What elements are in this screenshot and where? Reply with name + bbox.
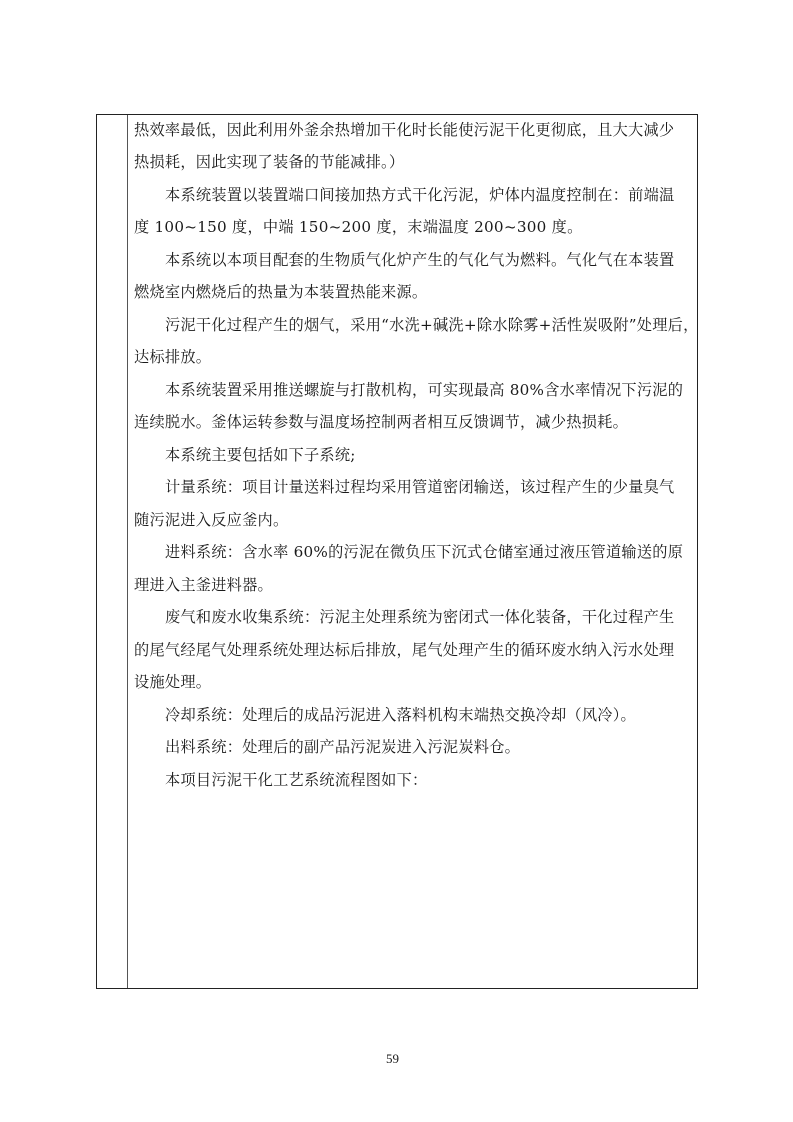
- paragraph-line: 热损耗，因此实现了装备的节能减排。）: [134, 151, 404, 172]
- paragraph-line: 设施处理。: [134, 671, 211, 692]
- paragraph-line: 出料系统：处理后的副产品污泥炭进入污泥炭料仓。: [165, 736, 520, 757]
- paragraph-line: 连续脱水。釜体运转参数与温度场控制两者相互反馈调节，减少热损耗。: [134, 411, 628, 432]
- paragraph-line: 随污泥进入反应釜内。: [134, 509, 288, 530]
- table-left-column: [97, 115, 128, 988]
- paragraph-line: 废气和废水收集系统：污泥主处理系统为密闭式一体化装备，干化过程产生: [165, 606, 674, 627]
- paragraph-line: 本项目污泥干化工艺系统流程图如下：: [165, 769, 427, 790]
- paragraph-line: 的尾气经尾气处理系统处理达标后排放，尾气处理产生的循环废水纳入污水处理: [134, 639, 674, 660]
- paragraph-line: 本系统装置以装置端口间接加热方式干化污泥，炉体内温度控制在：前端温: [165, 184, 674, 205]
- paragraph-line: 冷却系统：处理后的成品污泥进入落料机构末端热交换冷却（风冷）。: [165, 704, 636, 725]
- paragraph-line: 本系统以本项目配套的生物质气化炉产生的气化气为燃料。气化气在本装置: [165, 249, 674, 270]
- paragraph-line: 达标排放。: [134, 346, 211, 367]
- paragraph-line: 热效率最低，因此利用外釜余热增加干化时长能使污泥干化更彻底，且大大减少: [134, 119, 674, 140]
- paragraph-line: 本系统主要包括如下子系统;: [165, 444, 356, 465]
- paragraph-line: 理进入主釜进料器。: [134, 574, 273, 595]
- page-number: 59: [386, 1051, 399, 1067]
- paragraph-line: 计量系统：项目计量送料过程均采用管道密闭输送，该过程产生的少量臭气: [165, 476, 674, 497]
- paragraph-line: 度 100~150 度，中端 150~200 度，末端温度 200~300 度。: [134, 216, 583, 237]
- paragraph-line: 污泥干化过程产生的烟气，采用“水洗+碱洗+除水除雾+活性炭吸附”处理后，: [165, 314, 699, 335]
- content-table: 热效率最低，因此利用外釜余热增加干化时长能使污泥干化更彻底，且大大减少热损耗，因…: [96, 114, 698, 989]
- paragraph-line: 本系统装置采用推送螺旋与打散机构，可实现最高 80%含水率情况下污泥的: [165, 379, 683, 400]
- paragraph-line: 进料系统：含水率 60%的污泥在微负压下沉式仓储室通过液压管道输送的原: [165, 541, 683, 562]
- paragraph-line: 燃烧室内燃烧后的热量为本装置热能来源。: [134, 281, 427, 302]
